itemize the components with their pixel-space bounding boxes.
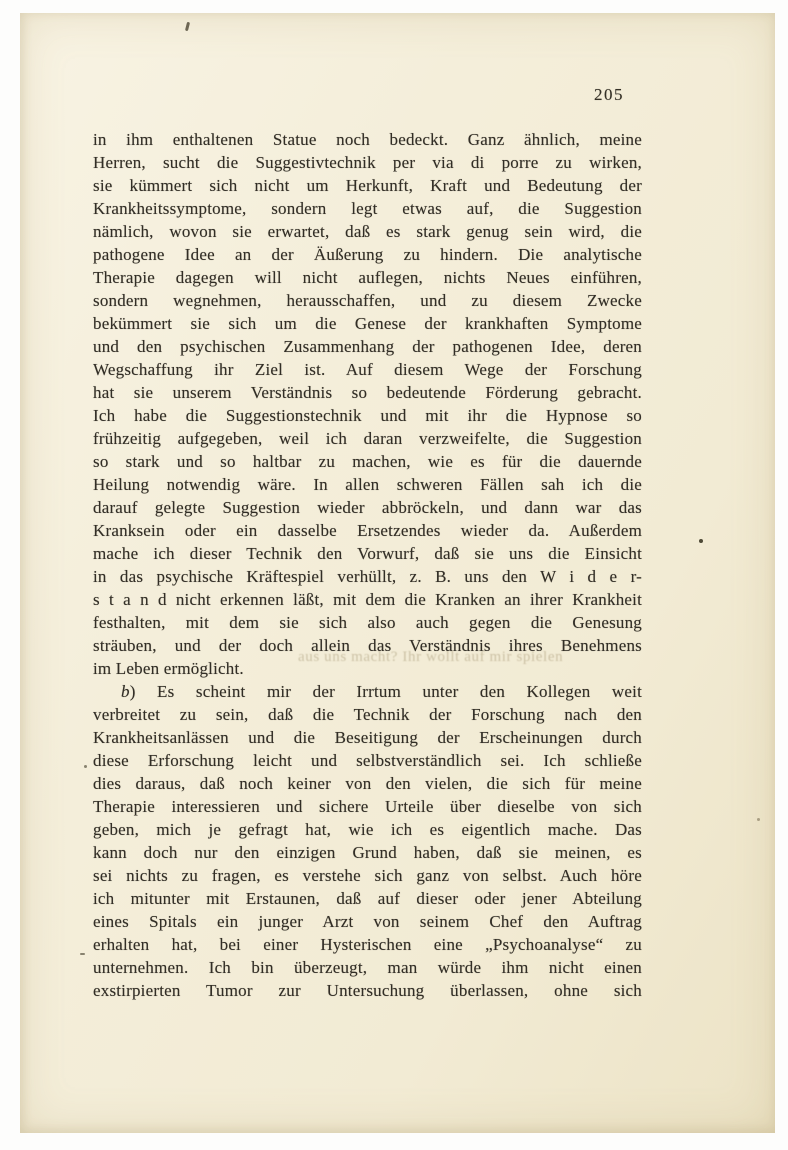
- text-line-paragraph-end: im Leben ermöglicht.: [93, 657, 642, 680]
- page-number: 205: [594, 85, 624, 105]
- text-line: ich mitunter mit Erstaunen, daß auf dies…: [93, 887, 642, 910]
- ink-speck: [699, 539, 703, 543]
- text-line: s t a n d nicht erkennen läßt, mit dem d…: [93, 588, 642, 611]
- text-line: so stark und so haltbar zu machen, wie e…: [93, 450, 642, 473]
- text-line: geben, mich je gefragt hat, wie ich es e…: [93, 818, 642, 841]
- text-line: Krankheitssymptome, sondern legt etwas a…: [93, 197, 642, 220]
- text-line: erhalten hat, bei einer Hysterischen ein…: [93, 933, 642, 956]
- paragraph-marker: b: [121, 682, 130, 701]
- text-line: dies daraus, daß noch keiner von den vie…: [93, 772, 642, 795]
- text-line: unternehmen. Ich bin überzeugt, man würd…: [93, 956, 642, 979]
- text-line: exstirpierten Tumor zur Untersuchung übe…: [93, 979, 642, 1002]
- text-line: pathogene Idee an der Äußerung zu hinder…: [93, 243, 642, 266]
- text-line: diese Erforschung leicht und selbstverst…: [93, 749, 642, 772]
- text-line: sie kümmert sich nicht um Herkunft, Kraf…: [93, 174, 642, 197]
- text-line: Therapie interessieren und sichere Urtei…: [93, 795, 642, 818]
- text-line: darauf gelegte Suggestion wieder abbröck…: [93, 496, 642, 519]
- ink-speck: [185, 22, 190, 31]
- scanned-book-page: 205 aus uns macht? Ihr wollt auf mir spi…: [0, 0, 788, 1150]
- text-line: und den psychischen Zusammenhang der pat…: [93, 335, 642, 358]
- text-line: bekümmert sie sich um die Genese der kra…: [93, 312, 642, 335]
- text-line: in das psychische Kräftespiel verhüllt, …: [93, 565, 642, 588]
- text-line: sträuben, und der doch allein das Verstä…: [93, 634, 642, 657]
- ink-speck: [80, 953, 85, 955]
- ink-speck: [757, 818, 760, 821]
- text-line-paragraph-b: b) Es scheint mir der Irrtum unter den K…: [93, 680, 642, 703]
- text-line: mache ich dieser Technik den Vorwurf, da…: [93, 542, 642, 565]
- text-line: kann doch nur den einzigen Grund haben, …: [93, 841, 642, 864]
- text-line: sei nichts zu fragen, es verstehe sich g…: [93, 864, 642, 887]
- paper-sheet: 205 aus uns macht? Ihr wollt auf mir spi…: [20, 13, 775, 1133]
- text-line: verbreitet zu sein, daß die Technik der …: [93, 703, 642, 726]
- text-line-content: ) Es scheint mir der Irrtum unter den Ko…: [130, 682, 642, 701]
- text-line: frühzeitig aufgegeben, weil ich daran ve…: [93, 427, 642, 450]
- text-line: Herren, sucht die Suggestivtechnik per v…: [93, 151, 642, 174]
- text-line: Kranksein oder ein dasselbe Ersetzendes …: [93, 519, 642, 542]
- text-line: sondern wegnehmen, herausschaffen, und z…: [93, 289, 642, 312]
- text-line: eines Spitals ein junger Arzt von seinem…: [93, 910, 642, 933]
- text-line: hat sie unserem Verständnis so bedeutend…: [93, 381, 642, 404]
- text-line: Krankheitsanlässen und die Beseitigung d…: [93, 726, 642, 749]
- text-line: in ihm enthaltenen Statue noch bedeckt. …: [93, 128, 642, 151]
- body-text: in ihm enthaltenen Statue noch bedeckt. …: [93, 128, 642, 1002]
- text-line: Therapie dagegen will nicht auflegen, ni…: [93, 266, 642, 289]
- text-line: nämlich, wovon sie erwartet, daß es star…: [93, 220, 642, 243]
- text-line: Wegschaffung ihr Ziel ist. Auf diesem We…: [93, 358, 642, 381]
- text-line: festhalten, mit dem sie sich also auch g…: [93, 611, 642, 634]
- text-line: Heilung notwendig wäre. In allen schwere…: [93, 473, 642, 496]
- text-line: Ich habe die Suggestionstechnik und mit …: [93, 404, 642, 427]
- ink-speck: [84, 765, 87, 768]
